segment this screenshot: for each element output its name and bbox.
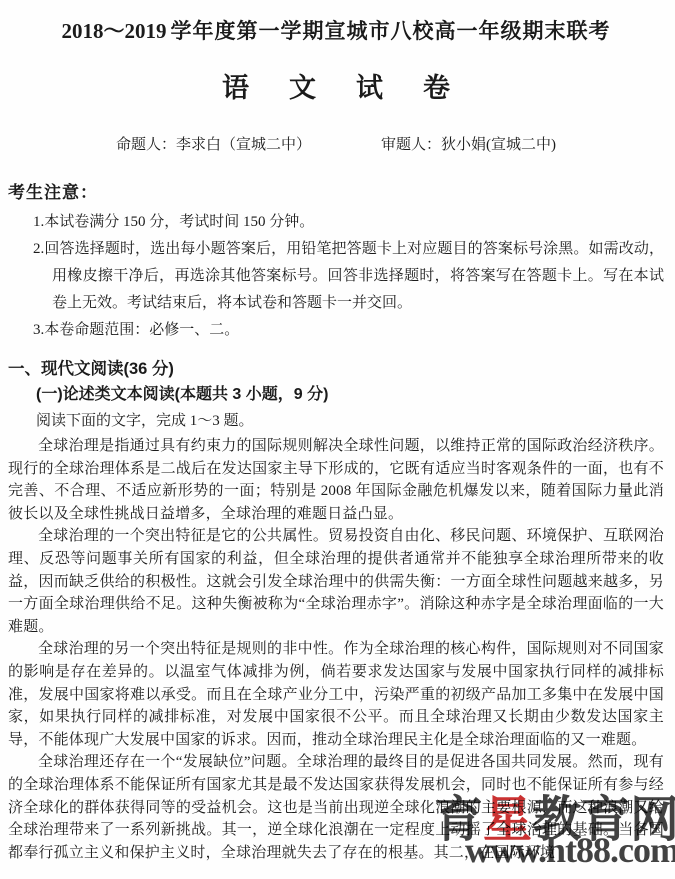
reviewer-name: 审题人：狄小娟(宣城二中) (381, 135, 556, 155)
exam-session-title: 2018～2019学年度第一学期宣城市八校高一年级期末联考 (8, 18, 664, 45)
byline: 命题人：李求白（宣城二中） 审题人：狄小娟(宣城二中) (8, 135, 664, 155)
paper-content: 2018～2019学年度第一学期宣城市八校高一年级期末联考 语文试卷 命题人：李… (0, 18, 675, 864)
section-subheading: (一)论述类文本阅读(本题共 3 小题，9 分) (36, 382, 664, 408)
notice-item-2-text: 回答选择题时，选出每小题答案后，用铅笔把答题卡上对应题目的答案标号涂黑。如需改动… (44, 241, 664, 311)
section-instruction: 阅读下面的文字，完成 1～3 题。 (36, 408, 664, 434)
passage-paragraph-1: 全球治理是指通过具有约束力的国际规则解决全球性问题，以维持正常的国际政治经济秩序… (8, 435, 664, 525)
notice-item-1-text: 本试卷满分 150 分，考试时间 150 分钟。 (44, 214, 314, 230)
reading-passage: 全球治理是指通过具有约束力的国际规则解决全球性问题，以维持正常的国际政治经济秩序… (8, 435, 664, 864)
subject-title: 语文试卷 (8, 72, 664, 104)
passage-paragraph-4: 全球治理还存在一个“发展缺位”问题。全球治理的最终目的是促进各国共同发展。然而，… (8, 751, 664, 864)
notice-item-3: 3.本卷命题范围：必修一、二。 (33, 317, 664, 344)
notice-item-3-text: 本卷命题范围：必修一、二。 (44, 322, 239, 338)
notice-heading: 考生注意： (8, 182, 664, 204)
passage-paragraph-3: 全球治理的另一个突出特征是规则的非中性。作为全球治理的核心构件，国际规则对不同国… (8, 638, 664, 751)
setter-name: 命题人：李求白（宣城二中） (116, 135, 311, 155)
year-range: 2018～2019 (62, 19, 167, 43)
exam-session-text: 学年度第一学期宣城市八校高一年级期末联考 (171, 20, 611, 43)
notice-list: 1.本试卷满分 150 分，考试时间 150 分钟。 2.回答选择题时，选出每小… (8, 209, 664, 344)
passage-paragraph-2: 全球治理的一个突出特征是它的公共属性。贸易投资自由化、移民问题、环境保护、互联网… (8, 525, 664, 638)
notice-item-3-number: 3. (33, 322, 44, 338)
notice-item-2-number: 2. (33, 241, 44, 257)
notice-item-1-number: 1. (33, 214, 44, 230)
section-heading: 一、现代文阅读(36 分) (8, 356, 664, 382)
notice-item-1: 1.本试卷满分 150 分，考试时间 150 分钟。 (33, 209, 664, 236)
exam-paper-page: 2018～2019学年度第一学期宣城市八校高一年级期末联考 语文试卷 命题人：李… (0, 0, 675, 879)
notice-item-2: 2.回答选择题时，选出每小题答案后，用铅笔把答题卡上对应题目的答案标号涂黑。如需… (33, 236, 664, 317)
